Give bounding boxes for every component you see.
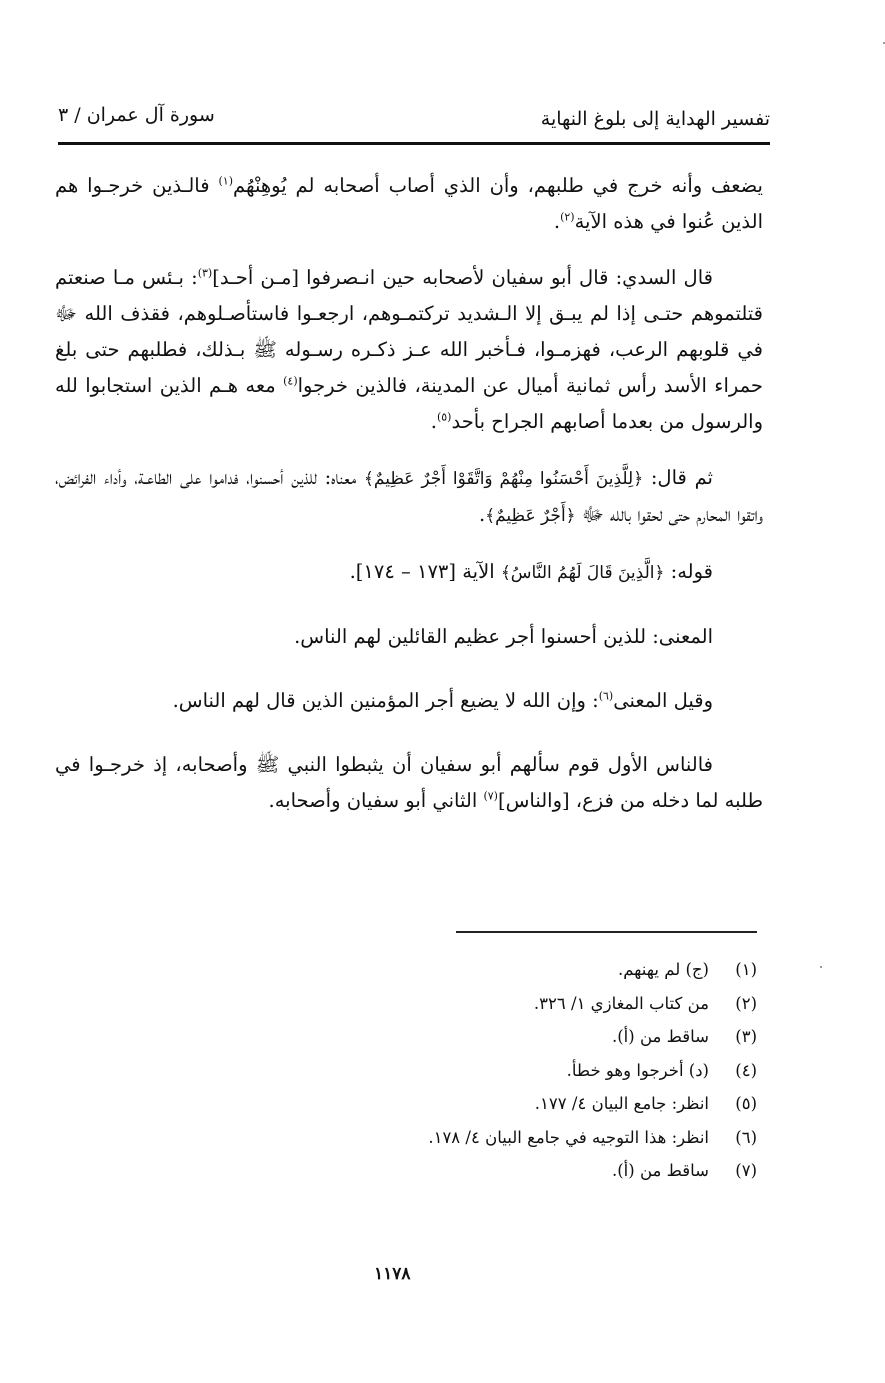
text-segment: قال السدي: قال أبو سفيان لأصحابه حين انـ… bbox=[212, 266, 713, 289]
text-segment: : وإن الله لا يضيع أجر المؤمنين الذين قا… bbox=[173, 689, 599, 712]
footnote-item: (١) (ج) لم يهنهم. bbox=[428, 956, 757, 990]
footnote-number: (٦) bbox=[709, 1124, 757, 1158]
footnotes-list: (١) (ج) لم يهنهم. (٢) من كتاب المغازي ١/… bbox=[428, 956, 757, 1191]
footnote-text: انظر: هذا التوجيه في جامع البيان ٤/ ١٧٨. bbox=[428, 1124, 709, 1158]
paragraph-4: قوله: ﴿الَّذِينَ قَالَ لَهُمُ النَّاسُ﴾ … bbox=[55, 554, 763, 591]
book-page: تفسير الهداية إلى بلوغ النهاية سورة آل ع… bbox=[0, 0, 885, 1383]
scan-speck bbox=[820, 966, 822, 968]
surah-title: سورة آل عمران / ٣ bbox=[58, 104, 215, 126]
quran-quote: ﴿لِلَّذِينَ أَحْسَنُوا مِنْهُمْ وَاتَّقَ… bbox=[364, 469, 643, 489]
footnote-item: (٣) ساقط من (أ). bbox=[428, 1023, 757, 1057]
footnote-text: انظر: جامع البيان ٤/ ١٧٧. bbox=[535, 1090, 709, 1124]
footnote-ref-1: (١) bbox=[218, 175, 233, 188]
book-title: تفسير الهداية إلى بلوغ النهاية bbox=[541, 108, 770, 130]
main-text: يضعف وأنه خرج في طلبهم، وأن الذي أصاب أص… bbox=[55, 168, 763, 819]
paragraph-7: فالناس الأول قوم سألهم أبو سفيان أن يثبط… bbox=[55, 747, 763, 819]
text-segment: الثاني أبو سفيان وأصحابه. bbox=[269, 789, 484, 812]
footnote-ref-4: (٤) bbox=[283, 375, 298, 388]
footnote-text: (ج) لم يهنهم. bbox=[618, 956, 709, 990]
footnote-text: من كتاب المغازي ١/ ٣٢٦. bbox=[534, 990, 709, 1024]
footnote-item: (٤) (د) أخرجوا وهو خطأ. bbox=[428, 1057, 757, 1091]
footnote-ref-7: (٧) bbox=[483, 790, 498, 803]
running-header: تفسير الهداية إلى بلوغ النهاية سورة آل ع… bbox=[58, 104, 770, 138]
page-number: ١١٧٨ bbox=[374, 1264, 411, 1284]
footnote-ref-6: (٦) bbox=[599, 690, 614, 703]
footnote-number: (٧) bbox=[709, 1157, 757, 1191]
footnote-divider bbox=[456, 931, 757, 933]
paragraph-1: يضعف وأنه خرج في طلبهم، وأن الذي أصاب أص… bbox=[55, 168, 763, 240]
footnote-number: (٥) bbox=[709, 1090, 757, 1124]
footnote-number: (١) bbox=[709, 956, 757, 990]
footnote-item: (٥) انظر: جامع البيان ٤/ ١٧٧. bbox=[428, 1090, 757, 1124]
footnote-text: ساقط من (أ). bbox=[612, 1157, 709, 1191]
text-segment: ثم قال: bbox=[643, 466, 713, 489]
quran-quote: ﴿أَجْرٌ عَظِيمٌ﴾ bbox=[485, 506, 575, 526]
footnote-number: (٢) bbox=[709, 990, 757, 1024]
paragraph-3: ثم قال: ﴿لِلَّذِينَ أَحْسَنُوا مِنْهُمْ … bbox=[55, 460, 763, 534]
footnote-number: (٤) bbox=[709, 1057, 757, 1091]
text-segment: وقيل المعنى bbox=[613, 689, 713, 712]
footnote-item: (٢) من كتاب المغازي ١/ ٣٢٦. bbox=[428, 990, 757, 1024]
paragraph-6: وقيل المعنى(٦): وإن الله لا يضيع أجر الم… bbox=[55, 683, 763, 719]
footnote-text: (د) أخرجوا وهو خطأ. bbox=[567, 1057, 709, 1091]
footnote-item: (٧) ساقط من (أ). bbox=[428, 1157, 757, 1191]
paragraph-5: المعنى: للذين أحسنوا أجر عظيم القائلين ل… bbox=[55, 619, 763, 655]
footnote-item: (٦) انظر: هذا التوجيه في جامع البيان ٤/ … bbox=[428, 1124, 757, 1158]
footnote-ref-2: (٢) bbox=[560, 211, 575, 224]
text-segment: المعنى: للذين أحسنوا أجر عظيم القائلين ل… bbox=[294, 625, 713, 648]
footnote-number: (٣) bbox=[709, 1023, 757, 1057]
header-divider bbox=[58, 142, 770, 145]
footnote-ref-3: (٣) bbox=[198, 267, 213, 280]
footnote-text: ساقط من (أ). bbox=[612, 1023, 709, 1057]
text-segment: قوله: bbox=[664, 560, 713, 583]
footnote-ref-5: (٥) bbox=[437, 411, 452, 424]
quran-quote: ﴿الَّذِينَ قَالَ لَهُمُ النَّاسُ﴾ bbox=[501, 563, 665, 583]
paragraph-2: قال السدي: قال أبو سفيان لأصحابه حين انـ… bbox=[55, 260, 763, 440]
text-segment: يضعف وأنه خرج في طلبهم، وأن الذي أصاب أص… bbox=[233, 174, 763, 197]
verse-reference: الآية [١٧٣ – ١٧٤]. bbox=[350, 560, 501, 583]
